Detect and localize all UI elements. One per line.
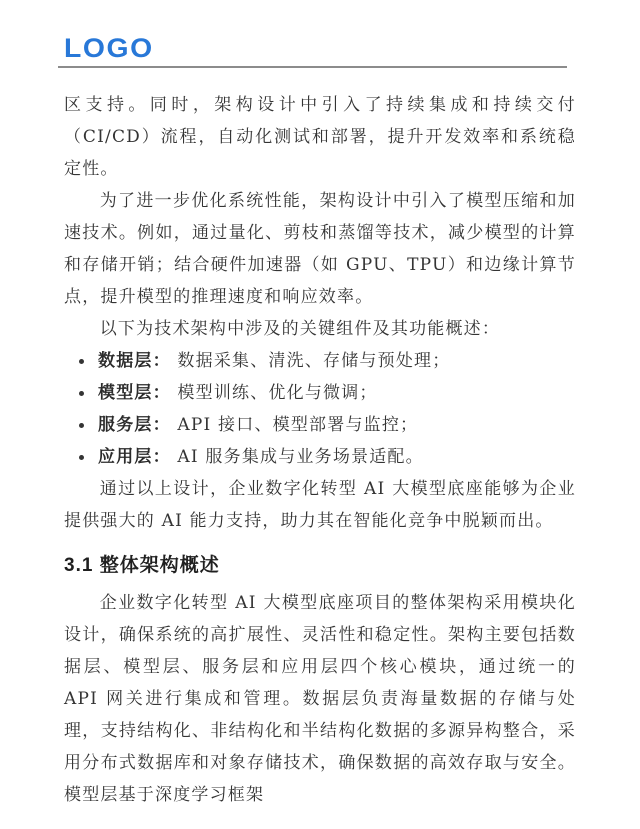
paragraph-optimization: 为了进一步优化系统性能，架构设计中引入了模型压缩和加速技术。例如，通过量化、剪枝… — [64, 185, 576, 313]
bullet-icon — [79, 455, 84, 460]
page-header: LOGO — [0, 0, 640, 68]
bullet-desc: 数据采集、清洗、存储与预处理； — [177, 351, 450, 371]
bullet-desc: AI 服务集成与业务场景适配。 — [177, 447, 423, 467]
bullet-icon — [79, 391, 84, 396]
bullet-desc: API 接口、模型部署与监控； — [177, 415, 418, 435]
bullet-desc: 模型训练、优化与微调； — [177, 383, 377, 403]
bullet-term: 数据层： — [98, 351, 171, 371]
list-item-model-layer: 模型层： 模型训练、优化与微调； — [64, 377, 576, 409]
list-item-application-layer: 应用层： AI 服务集成与业务场景适配。 — [64, 441, 576, 473]
section-heading-3-1: 3.1 整体架构概述 — [64, 551, 576, 581]
paragraph-components-intro: 以下为技术架构中涉及的关键组件及其功能概述： — [64, 313, 576, 345]
list-item-data-layer: 数据层： 数据采集、清洗、存储与预处理； — [64, 345, 576, 377]
header-divider — [58, 66, 567, 68]
bullet-term: 服务层： — [98, 415, 171, 435]
paragraph-overall-architecture: 企业数字化转型 AI 大模型底座项目的整体架构采用模块化设计，确保系统的高扩展性… — [64, 587, 576, 811]
company-logo: LOGO — [64, 34, 640, 62]
document-page: LOGO 区支持。同时，架构设计中引入了持续集成和持续交付（CI/CD）流程，自… — [0, 0, 640, 829]
key-components-list: 数据层： 数据采集、清洗、存储与预处理； 模型层： 模型训练、优化与微调； 服务… — [64, 345, 576, 473]
bullet-icon — [79, 423, 84, 428]
bullet-term: 应用层： — [98, 447, 171, 467]
bullet-term: 模型层： — [98, 383, 171, 403]
paragraph-summary: 通过以上设计，企业数字化转型 AI 大模型底座能够为企业提供强大的 AI 能力支… — [64, 473, 576, 537]
bullet-icon — [79, 359, 84, 364]
list-item-service-layer: 服务层： API 接口、模型部署与监控； — [64, 409, 576, 441]
document-body: 区支持。同时，架构设计中引入了持续集成和持续交付（CI/CD）流程，自动化测试和… — [64, 89, 576, 811]
paragraph-continuation: 区支持。同时，架构设计中引入了持续集成和持续交付（CI/CD）流程，自动化测试和… — [64, 89, 576, 185]
